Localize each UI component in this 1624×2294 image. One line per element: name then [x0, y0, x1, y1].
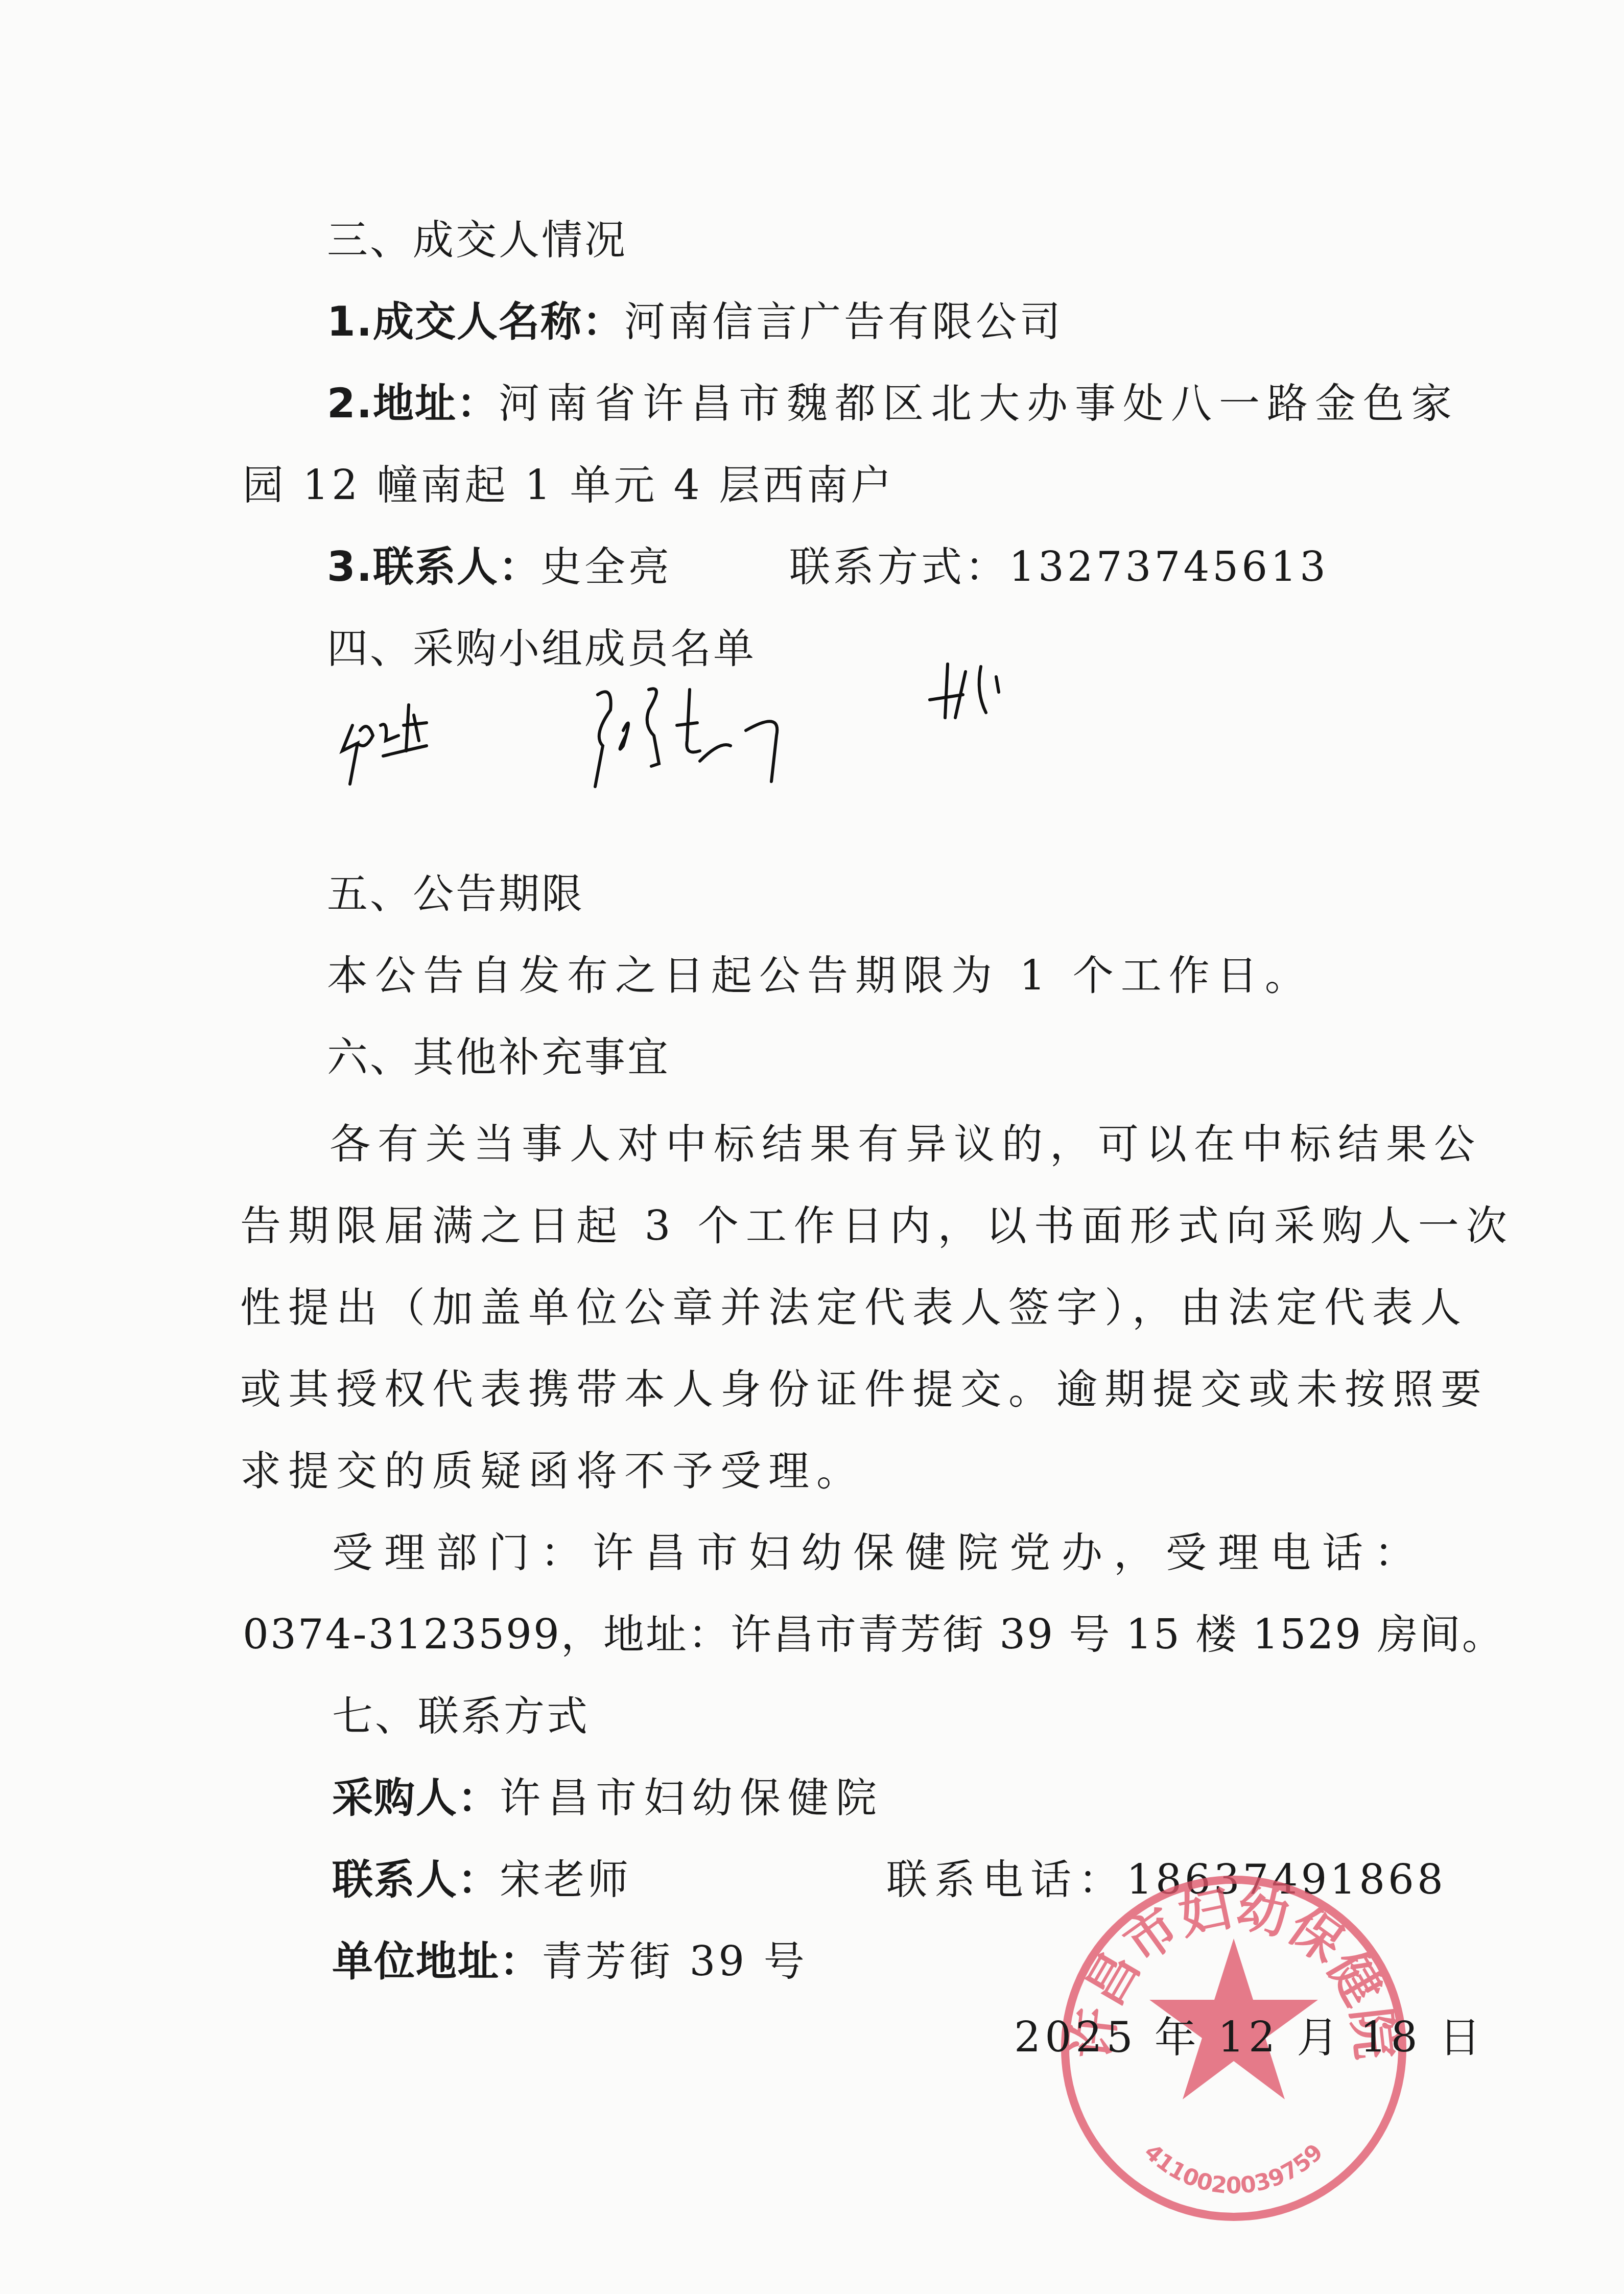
- winner-contact-row: 3.联系人：史全亮: [327, 541, 672, 593]
- svg-text:4110020039759: 4110020039759: [1139, 2139, 1328, 2198]
- signature-3: [920, 661, 1032, 728]
- department-para-line: 0374-3123599，地址：许昌市青芳街 39 号 15 楼 1529 房间…: [243, 1609, 1504, 1660]
- objection-para-line: 性提出（加盖单位公章并法定代表人签字），由法定代表人: [240, 1282, 1468, 1333]
- section5-heading: 五、公告期限: [327, 868, 584, 919]
- section3-heading: 三、成交人情况: [327, 215, 627, 266]
- signature-2: [587, 679, 863, 792]
- winner-contact-method: 联系方式：13273745613: [789, 541, 1329, 593]
- purchaser-value: 许昌市妇幼保健院: [500, 1774, 884, 1822]
- section6-heading: 六、其他补充事宜: [327, 1032, 670, 1083]
- notice-period-text: 本公告自发布之日起公告期限为 1 个工作日。: [327, 950, 1313, 1001]
- objection-para-line: 各有关当事人对中标结果有异议的，可以在中标结果公: [329, 1119, 1482, 1170]
- winner-contact-label: 3.联系人：: [327, 543, 540, 590]
- winner-address-row: 2.地址：河南省许昌市魏都区北大办事处八一路金色家: [327, 378, 1459, 429]
- purchaser-address-value: 青芳街 39 号: [542, 1937, 808, 1985]
- winner-name-label: 1.成交人名称：: [327, 298, 624, 345]
- objection-para-line: 求提交的质疑函将不予受理。: [240, 1446, 864, 1497]
- contact-method-label: 联系方式：: [789, 543, 1009, 590]
- purchaser-contact-label: 联系人：: [332, 1856, 500, 1903]
- winner-address-line1: 河南省许昌市魏都区北大办事处八一路金色家: [499, 380, 1459, 427]
- purchaser-label: 采购人：: [332, 1774, 500, 1822]
- purchaser-row: 采购人：许昌市妇幼保健院: [332, 1772, 884, 1824]
- section7-heading: 七、联系方式: [332, 1691, 590, 1742]
- purchaser-address-row: 单位地址：青芳街 39 号: [332, 1936, 808, 1987]
- objection-para-line: 或其授权代表携带本人身份证件提交。逾期提交或未按照要: [240, 1364, 1489, 1415]
- purchaser-contact-value: 宋老师: [500, 1856, 631, 1903]
- department-para-line: 受理部门：许昌市妇幼保健院党办，受理电话：: [332, 1527, 1426, 1578]
- winner-address-label: 2.地址：: [327, 380, 499, 427]
- section4-heading: 四、采购小组成员名单: [327, 623, 756, 674]
- winner-address-line2: 园 12 幢南起 1 单元 4 层西南户: [243, 460, 895, 511]
- winner-contact-value: 史全亮: [540, 543, 672, 590]
- purchaser-address-label: 单位地址：: [332, 1937, 542, 1985]
- objection-para-line: 告期限届满之日起 3 个工作日内，以书面形式向采购人一次: [240, 1200, 1514, 1251]
- winner-name-row: 1.成交人名称：河南信言广告有限公司: [327, 296, 1064, 347]
- purchaser-contact-row: 联系人：宋老师: [332, 1854, 631, 1905]
- signature-1: [337, 695, 501, 792]
- contact-method-value: 13273745613: [1009, 543, 1329, 590]
- document-date: 2025 年 12 月 18 日: [1014, 2013, 1485, 2064]
- winner-name-value: 河南信言广告有限公司: [624, 298, 1064, 345]
